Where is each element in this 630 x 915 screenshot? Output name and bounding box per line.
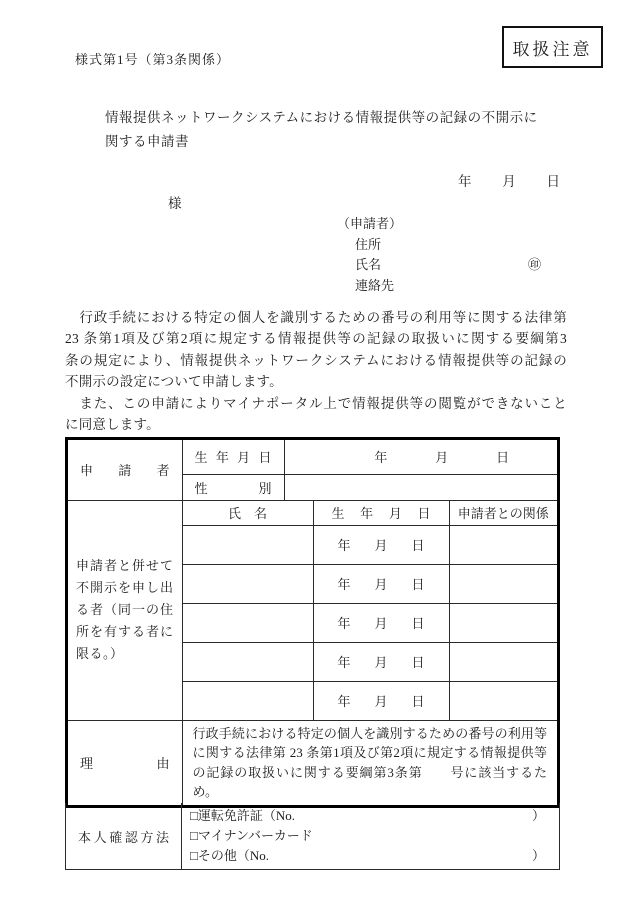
year-label: 年	[337, 574, 350, 593]
applicant-name-label: 氏名	[355, 257, 381, 272]
birthdate-preprint: 年月日	[314, 574, 449, 593]
applicant-heading: （申請者）	[337, 214, 402, 235]
birthdate-preprint: 年月日	[314, 691, 449, 710]
document-title-line2: 関する申請書	[105, 130, 538, 154]
member-name-cell[interactable]	[182, 525, 313, 564]
option-close-paren	[545, 826, 549, 846]
applicant-birthdate-row: 申請者 生年月日 年 月 日	[68, 440, 557, 474]
applicant-birthdate-value-cell[interactable]: 年 月 日	[284, 440, 557, 474]
year-label: 年	[458, 170, 472, 190]
addressee-sama-label: 様	[168, 192, 182, 212]
seal-mark-icon: ㊞	[528, 255, 541, 276]
month-label: 月	[374, 613, 387, 632]
day-label: 日	[547, 170, 561, 190]
body-line: 条の規定により、情報提供ネットワークシステムにおける情報提供等の記録の	[65, 350, 567, 371]
body-line: また、この申請によりマイナポータル上で情報提供等の閲覧ができないこと	[65, 393, 567, 414]
application-form-page: 様式第1号（第3条関係） 取扱注意 情報提供ネットワークシステムにおける情報提供…	[0, 0, 630, 915]
birthdate-preprint: 年月日	[314, 613, 449, 632]
name-column-header: 氏 名	[182, 500, 313, 525]
applicant-name-line: 氏名 ㊞	[337, 255, 402, 276]
main-table: 申請者 生年月日 年 月 日 性別 申請者と併せて不開示を申し出る者（同一の住所…	[68, 440, 557, 805]
applicant-row-header: 申請者	[68, 440, 182, 500]
member-name-cell[interactable]	[182, 681, 313, 720]
month-label: 月	[374, 652, 387, 671]
option-label: その他（No.	[198, 846, 269, 866]
month-label: 月	[374, 691, 387, 710]
day-label: 日	[411, 613, 424, 632]
member-relation-cell[interactable]	[449, 564, 557, 603]
reason-text-cell: 行政手続における特定の個人を識別するための番号の利用等に関する法律第 23 条第…	[182, 720, 557, 805]
body-line: 行政手続における特定の個人を識別するための番号の利用等に関する法律第	[65, 307, 567, 328]
option-driver-license: □運転免許証（No.）	[190, 806, 549, 826]
birthdate-column-header: 生年月日	[313, 500, 449, 525]
reason-row-header: 理由	[68, 720, 182, 805]
body-line: 不開示の設定について申請します。	[65, 371, 567, 392]
member-birthdate-cell[interactable]: 年月日	[313, 642, 449, 681]
document-title: 情報提供ネットワークシステムにおける情報提供等の記録の不開示に 関する申請書	[105, 106, 538, 154]
household-row-header: 申請者と併せて不開示を申し出る者（同一の住所を有する者に限る。）	[68, 500, 182, 720]
checkbox-driver-license[interactable]: □	[190, 806, 198, 826]
option-label: マイナンバーカード	[198, 826, 313, 846]
option-close-paren: ）	[532, 806, 549, 826]
year-label: 年	[337, 652, 350, 671]
verification-options-cell: □運転免許証（No.） □マイナンバーカード □その他（No.）	[182, 803, 560, 870]
member-birthdate-cell[interactable]: 年月日	[313, 681, 449, 720]
year-label: 年	[374, 447, 387, 466]
date-line: 年 月 日	[458, 170, 560, 190]
checkbox-mynumber-card[interactable]: □	[190, 826, 198, 846]
year-label: 年	[337, 535, 350, 554]
birthdate-preprint: 年 月 日	[285, 447, 558, 466]
verification-row-header: 本人確認方法	[66, 803, 182, 870]
member-birthdate-cell[interactable]: 年月日	[313, 603, 449, 642]
checkbox-other[interactable]: □	[190, 846, 198, 866]
day-label: 日	[496, 447, 509, 466]
member-name-cell[interactable]	[182, 603, 313, 642]
body-paragraph: 行政手続における特定の個人を識別するための番号の利用等に関する法律第 23 条第…	[65, 307, 567, 435]
verification-table-box: 本人確認方法 □運転免許証（No.） □マイナンバーカード □その他（No.）	[65, 803, 560, 870]
member-birthdate-cell[interactable]: 年月日	[313, 564, 449, 603]
option-label: 運転免許証（No.	[198, 806, 295, 826]
option-close-paren: ）	[532, 846, 549, 866]
member-relation-cell[interactable]	[449, 525, 557, 564]
verification-table: 本人確認方法 □運転免許証（No.） □マイナンバーカード □その他（No.）	[65, 803, 560, 870]
day-label: 日	[411, 574, 424, 593]
verification-row: 本人確認方法 □運転免許証（No.） □マイナンバーカード □その他（No.）	[66, 803, 560, 870]
day-label: 日	[411, 652, 424, 671]
month-label: 月	[435, 447, 448, 466]
option-other: □その他（No.）	[190, 846, 549, 866]
birthdate-preprint: 年月日	[314, 535, 449, 554]
year-label: 年	[337, 613, 350, 632]
member-name-cell[interactable]	[182, 642, 313, 681]
day-label: 日	[411, 535, 424, 554]
month-label: 月	[502, 170, 516, 190]
birthdate-label-cell: 生年月日	[182, 440, 284, 474]
relation-column-header: 申請者との関係	[449, 500, 557, 525]
option-mynumber-card: □マイナンバーカード	[190, 826, 549, 846]
member-relation-cell[interactable]	[449, 642, 557, 681]
main-table-box: 申請者 生年月日 年 月 日 性別 申請者と併せて不開示を申し出る者（同一の住所…	[65, 437, 560, 808]
applicant-address-label: 住所	[337, 235, 402, 256]
member-name-cell[interactable]	[182, 564, 313, 603]
body-line: に同意します。	[65, 414, 567, 435]
birthdate-preprint: 年月日	[314, 652, 449, 671]
member-birthdate-cell[interactable]: 年月日	[313, 525, 449, 564]
reason-row: 理由 行政手続における特定の個人を識別するための番号の利用等に関する法律第 23…	[68, 720, 557, 805]
form-number: 様式第1号（第3条関係）	[75, 49, 230, 68]
gender-input-cell[interactable]	[284, 474, 557, 500]
applicant-contact-label: 連絡先	[337, 276, 402, 297]
day-label: 日	[411, 691, 424, 710]
document-title-line1: 情報提供ネットワークシステムにおける情報提供等の記録の不開示に	[105, 106, 538, 130]
household-header-row: 申請者と併せて不開示を申し出る者（同一の住所を有する者に限る。） 氏 名 生年月…	[68, 500, 557, 525]
month-label: 月	[374, 535, 387, 554]
year-label: 年	[337, 691, 350, 710]
gender-label-cell: 性別	[182, 474, 284, 500]
caution-stamp: 取扱注意	[502, 26, 603, 68]
body-line: 23 条第1項及び第2項に規定する情報提供等の記録の取扱いに関する要綱第3	[65, 328, 567, 349]
member-relation-cell[interactable]	[449, 603, 557, 642]
member-relation-cell[interactable]	[449, 681, 557, 720]
month-label: 月	[374, 574, 387, 593]
applicant-block: （申請者） 住所 氏名 ㊞ 連絡先	[337, 214, 402, 296]
